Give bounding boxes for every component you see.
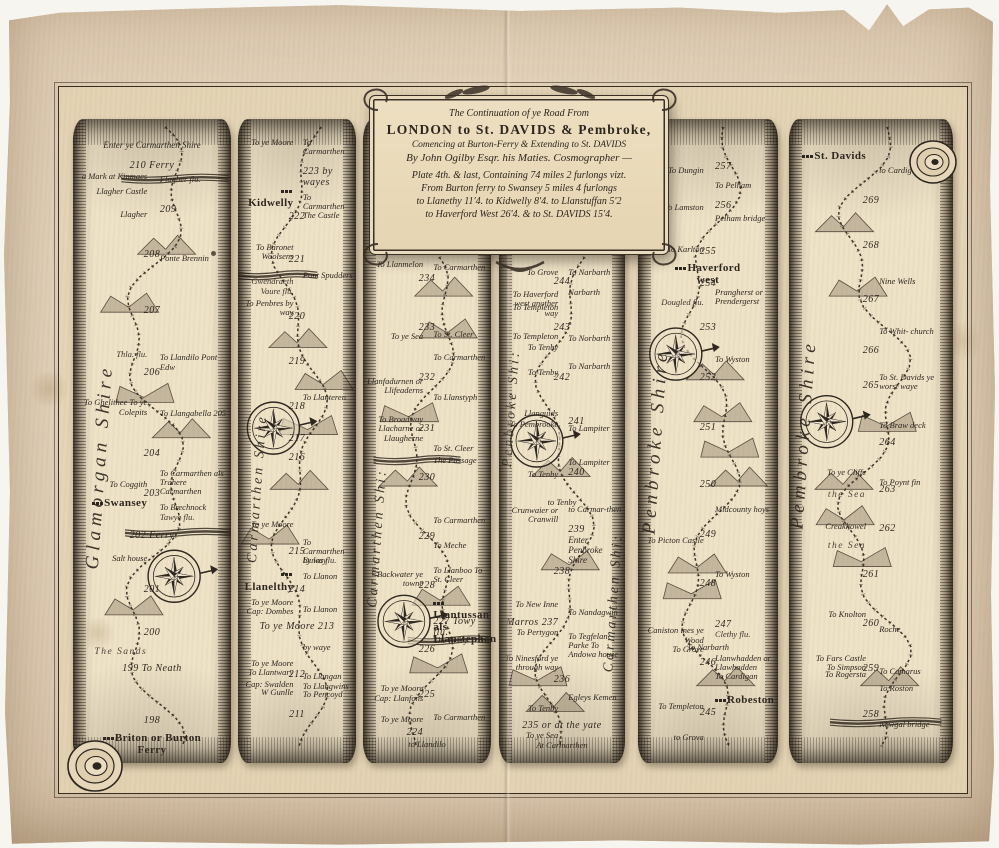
cartouche-author-line: By John Ogilby Esqr. his Maties. Cosmogr…	[370, 151, 668, 165]
photograph-backdrop: Enter ye Carmarthen Shire210 Ferrya Mark…	[0, 0, 999, 848]
cartouche-distance-line-1: From Burton ferry to Swansey 5 miles 4 f…	[370, 182, 668, 195]
ink-spot	[211, 251, 216, 256]
map-sheet: Enter ye Carmarthen Shire210 Ferrya Mark…	[0, 0, 999, 848]
compass-rose-icon	[148, 550, 218, 602]
cartouche-subtitle: Comencing at Burton-Ferry & Extending to…	[370, 139, 668, 151]
map-strip-6: St. Davidsto Cardigan269268Nine Wells267…	[789, 119, 953, 763]
cartouche-title-line: The Continuation of ye Road From	[370, 107, 668, 120]
cartouche-main-title: LONDON to St. DAVIDS & Pembroke,	[370, 121, 668, 139]
cartouche-distance-line-3: to Haverford West 26'4. & to St. DAVIDS …	[370, 208, 668, 221]
cartouche-plate-line: Plate 4th. & last, Containing 74 miles 2…	[370, 169, 668, 182]
title-cartouche: The Continuation of ye Road From LONDON …	[369, 95, 669, 255]
map-strip-2: To ye MooreTo Carmarthen223 by wayesKidw…	[238, 119, 356, 763]
cartouche-distance-line-2: to Llanethy 11'4. to Kidwelly 8'4. to Ll…	[370, 195, 668, 208]
engraved-plate: Enter ye Carmarthen Shire210 Ferrya Mark…	[58, 86, 968, 794]
scroll-roll-end-icon	[63, 735, 137, 797]
map-strip-1: Enter ye Carmarthen Shire210 Ferrya Mark…	[73, 119, 231, 763]
scroll-roll-end-icon	[903, 135, 965, 189]
